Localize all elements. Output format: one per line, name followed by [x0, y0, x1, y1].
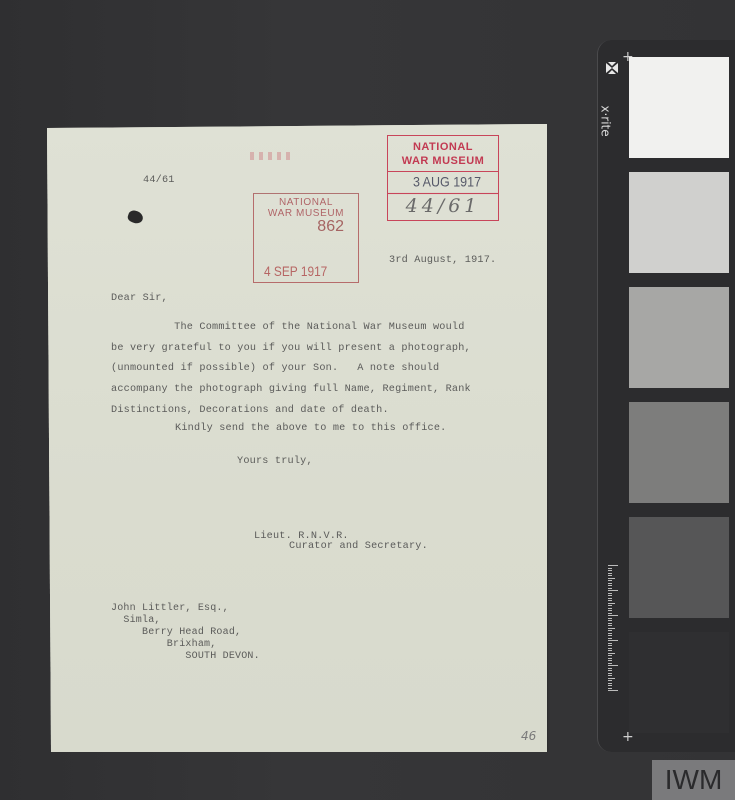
- letter-date: 3rd August, 1917.: [389, 255, 496, 266]
- gray-patch-1: [629, 57, 729, 158]
- gray-patch-4: [629, 402, 729, 503]
- ruler-tick: [608, 688, 612, 689]
- ruler-tick: [608, 640, 618, 641]
- ruler-tick: [608, 618, 612, 619]
- ruler-tick: [608, 685, 612, 686]
- signature-title: Curator and Secretary.: [289, 541, 428, 552]
- ruler-tick: [608, 675, 612, 676]
- ruler-tick: [608, 605, 612, 606]
- ruler-tick: [608, 580, 612, 581]
- closing: Yours truly,: [237, 456, 313, 467]
- ruler-tick: [608, 593, 612, 594]
- ruler-tick: [608, 648, 612, 649]
- iwm-watermark: IWM: [652, 760, 735, 800]
- ruler-tick: [608, 635, 612, 636]
- ruler-tick: [608, 630, 612, 631]
- ruler-tick: [608, 638, 612, 639]
- body-line: be very grateful to you if you will pres…: [111, 343, 471, 354]
- ruler-tick: [608, 670, 612, 671]
- ruler-tick: [608, 678, 615, 679]
- ruler-tick: [608, 625, 612, 626]
- ruler-tick: [608, 660, 612, 661]
- gray-patch-5: [629, 517, 729, 618]
- ruler-tick: [608, 600, 612, 601]
- ruler-tick: [608, 578, 615, 579]
- received-date: 3 AUG 1917: [388, 171, 498, 194]
- ruler-tick: [608, 575, 612, 576]
- registry-stamp-line1: NATIONAL: [279, 197, 333, 208]
- ruler-tick: [608, 568, 612, 569]
- received-stamp: NATIONALWAR MUSEUM 3 AUG 1917 44/61: [387, 135, 499, 221]
- ruler-tick: [608, 570, 612, 571]
- ruler-tick: [608, 655, 612, 656]
- ruler-tick: [608, 658, 612, 659]
- address-line: Brixham,: [111, 639, 216, 650]
- ruler-tick: [608, 615, 618, 616]
- ruler-tick: [608, 673, 612, 674]
- ruler-tick: [608, 565, 618, 566]
- ruler-tick: [608, 608, 612, 609]
- gray-patch-3: [629, 287, 729, 388]
- xrite-logo-icon: [605, 62, 619, 76]
- body-line: (unmounted if possible) of your Son. A n…: [111, 363, 439, 374]
- ruler-tick: [608, 610, 612, 611]
- faint-stamp-residue: [250, 152, 290, 160]
- address-line: Simla,: [111, 615, 161, 626]
- ruler-tick: [608, 623, 612, 624]
- body-line: Distinctions, Decorations and date of de…: [111, 405, 389, 416]
- ruler-tick: [608, 590, 618, 591]
- ruler-tick: [608, 588, 612, 589]
- ruler-tick: [608, 643, 612, 644]
- ruler-tick: [608, 680, 612, 681]
- ruler-tick: [608, 668, 612, 669]
- body-line: accompany the photograph giving full Nam…: [111, 384, 471, 395]
- received-stamp-line1: NATIONAL: [413, 141, 473, 153]
- ruler-tick: [608, 585, 612, 586]
- registry-stamp: NATIONALWAR MUSEUM 862 4 SEP 1917: [253, 193, 359, 283]
- ruler-tick: [608, 613, 612, 614]
- body-paragraph-1: The Committee of the National War Museum…: [111, 318, 471, 422]
- ruler-tick: [608, 665, 618, 666]
- xrite-logo: x·rite: [602, 62, 620, 122]
- body-paragraph-2: Kindly send the above to me to this offi…: [175, 423, 446, 434]
- address-line: SOUTH DEVON.: [111, 651, 260, 662]
- scale-ruler: [608, 565, 618, 695]
- reference-number: 44/61: [143, 175, 175, 186]
- ruler-tick: [608, 633, 612, 634]
- body-line: The Committee of the National War Museum…: [111, 322, 465, 333]
- ruler-tick: [608, 628, 615, 629]
- ruler-tick: [608, 653, 615, 654]
- ruler-tick: [608, 603, 615, 604]
- ruler-tick: [608, 663, 612, 664]
- color-calibration-chart: x·rite + +: [597, 40, 735, 752]
- ruler-tick: [608, 595, 612, 596]
- ruler-tick: [608, 683, 612, 684]
- ruler-tick: [608, 573, 612, 574]
- handwritten-reference: 44/61: [388, 193, 498, 219]
- gray-patch-2: [629, 172, 729, 273]
- pencil-page-number: 46: [521, 729, 536, 743]
- ruler-tick: [608, 583, 612, 584]
- ruler-tick: [608, 650, 612, 651]
- brand-label: x·rite: [599, 105, 613, 136]
- received-stamp-line2: WAR MUSEUM: [402, 155, 485, 167]
- address-line: Berry Head Road,: [111, 627, 241, 638]
- ruler-tick: [608, 690, 618, 691]
- ruler-tick: [608, 645, 612, 646]
- registry-number: 862: [317, 218, 344, 236]
- ruler-tick: [608, 620, 612, 621]
- ruler-tick: [608, 598, 612, 599]
- salutation: Dear Sir,: [111, 293, 168, 304]
- registry-date: 4 SEP 1917: [264, 263, 327, 279]
- gray-patch-6: [629, 632, 729, 733]
- address-line: John Littler, Esq.,: [111, 603, 229, 614]
